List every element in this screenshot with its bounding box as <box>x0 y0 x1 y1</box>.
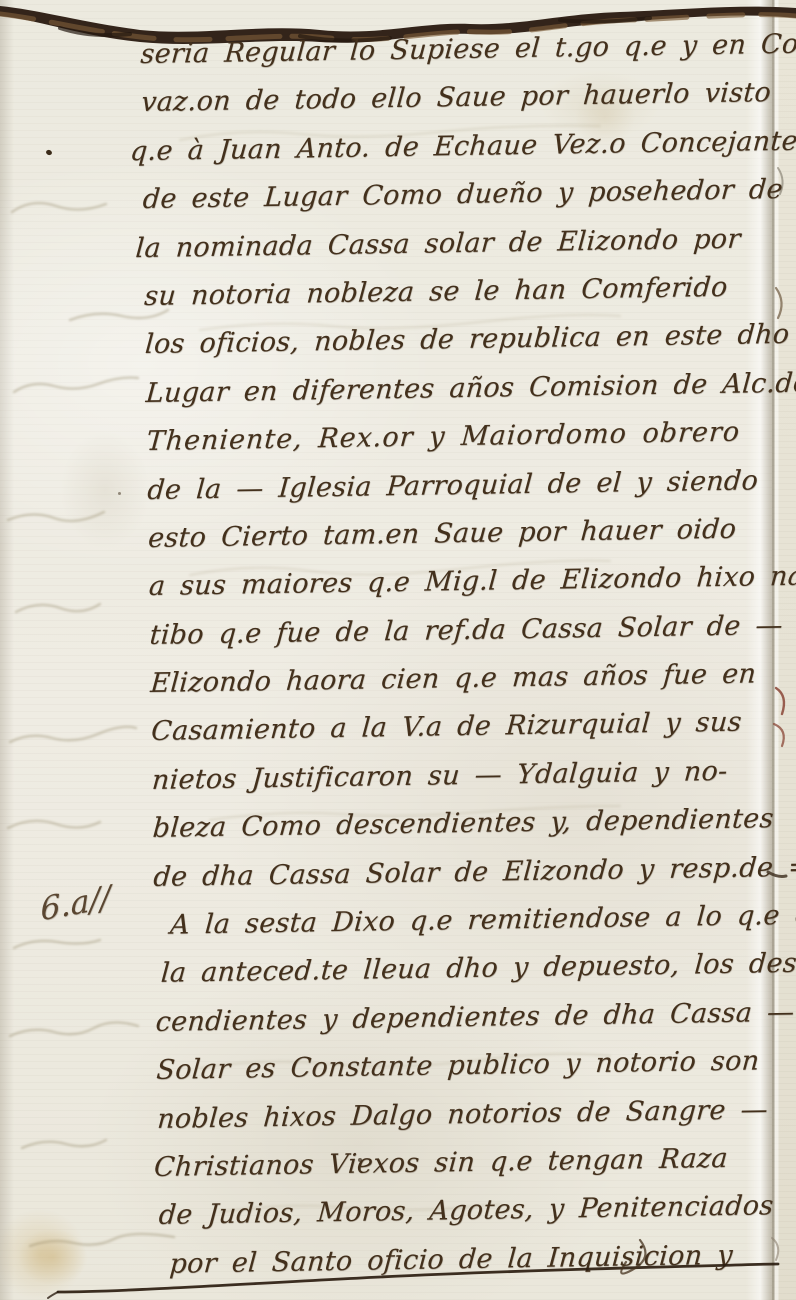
manuscript-photo-page: { "manuscript": { "kind": "Handwritten S… <box>0 0 796 1300</box>
end-flourish-rule <box>0 0 796 1300</box>
